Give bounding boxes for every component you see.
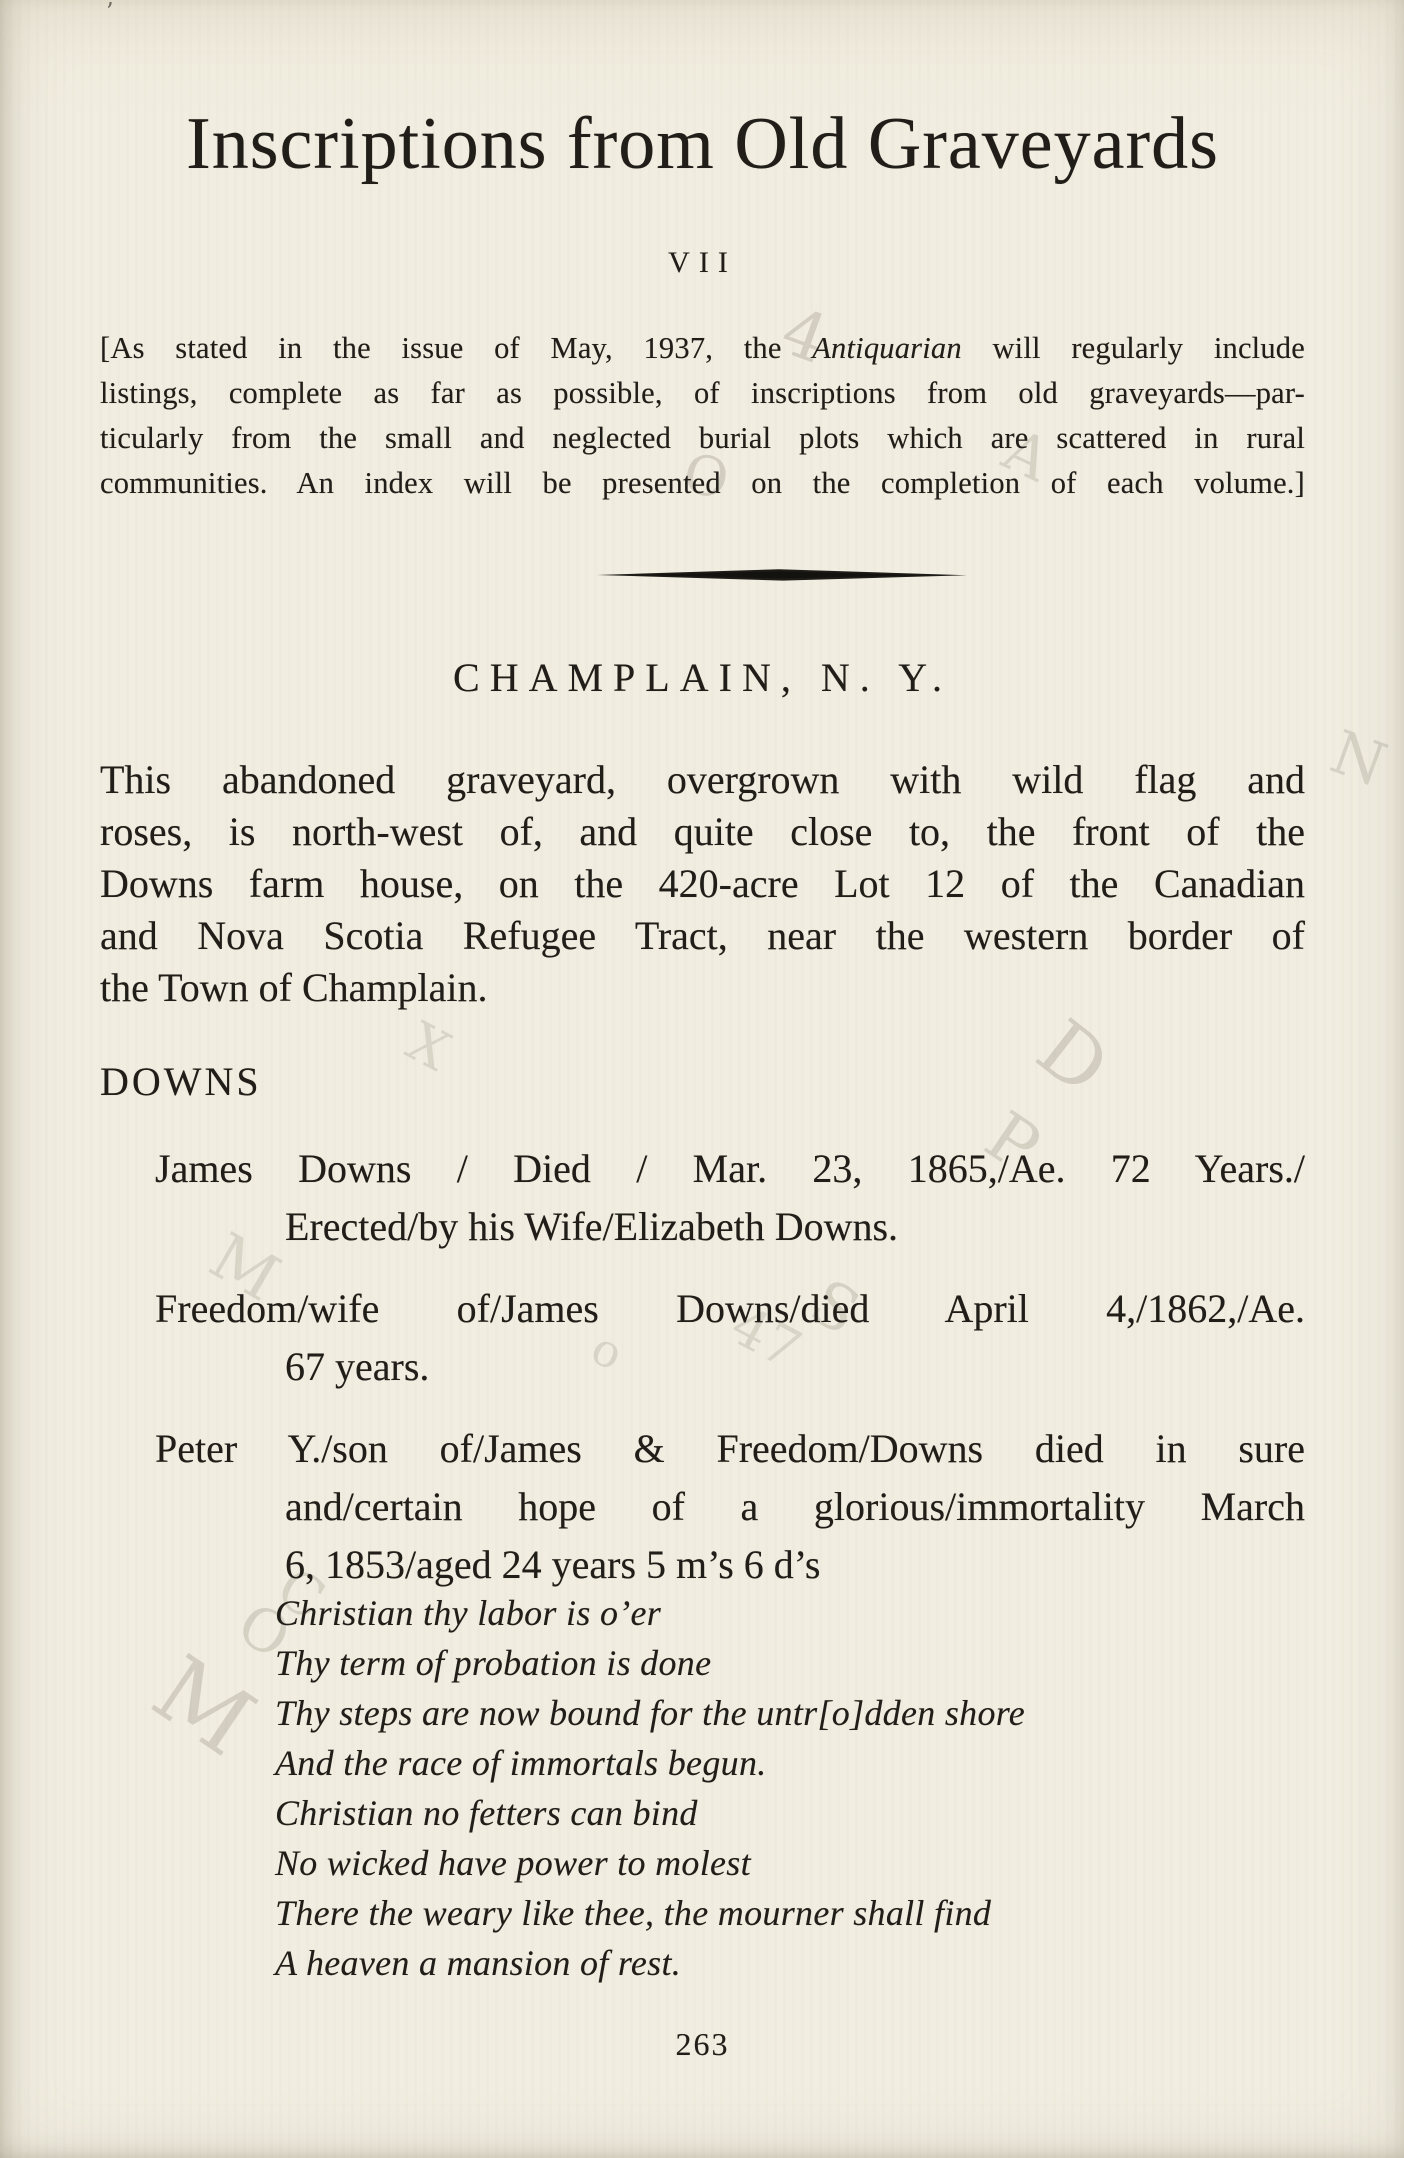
entry-line: Peter Y./son of/James & Freedom/Downs di… <box>100 1420 1305 1478</box>
editorial-note-line: communities. An index will be presented … <box>100 461 1305 506</box>
page-scan: ’4AONXDPMS47oCOM Inscriptions from Old G… <box>0 0 1404 2158</box>
editorial-note-line: listings, complete as far as possible, o… <box>100 371 1305 416</box>
section-numeral: VII <box>100 246 1305 280</box>
poem-line: And the race of immortals begun. <box>275 1738 1305 1788</box>
page-title: Inscriptions from Old Graveyards <box>100 102 1305 187</box>
location-heading: CHAMPLAIN, N. Y. <box>100 654 1305 701</box>
description-line: and Nova Scotia Refugee Tract, near the … <box>100 910 1305 962</box>
poem-line: Christian no fetters can bind <box>275 1788 1305 1838</box>
entry-line: and/certain hope of a glorious/immortali… <box>100 1478 1305 1536</box>
poem-line: There the weary like thee, the mourner s… <box>275 1888 1305 1938</box>
inscription-entry: James Downs / Died / Mar. 23, 1865,/Ae. … <box>100 1140 1305 1256</box>
description-line: roses, is north-west of, and quite close… <box>100 806 1305 858</box>
poem-line: A heaven a mansion of rest. <box>275 1938 1305 1988</box>
description-line: Downs farm house, on the 420-acre Lot 12… <box>100 858 1305 910</box>
poem-line: No wicked have power to molest <box>275 1838 1305 1888</box>
inscription-entry: Freedom/wife of/James Downs/died April 4… <box>100 1280 1305 1396</box>
inscription-entry: Peter Y./son of/James & Freedom/Downs di… <box>100 1420 1305 1594</box>
editorial-note-line: ticularly from the small and neglected b… <box>100 416 1305 461</box>
entry-line: James Downs / Died / Mar. 23, 1865,/Ae. … <box>100 1140 1305 1198</box>
epitaph-poem: Christian thy labor is o’er Thy term of … <box>100 1588 1305 1988</box>
editorial-note: [As stated in the issue of May, 1937, th… <box>100 326 1305 506</box>
entry-line: Freedom/wife of/James Downs/died April 4… <box>100 1280 1305 1338</box>
emphasis-antiquarian: Antiquarian <box>812 331 962 365</box>
poem-line: Christian thy labor is o’er <box>275 1588 1305 1638</box>
note-text: [As stated in the issue of May, 1937, th… <box>100 331 812 365</box>
poem-line: Thy steps are now bound for the untr[o]d… <box>275 1688 1305 1738</box>
entry-line: Erected/by his Wife/Elizabeth Downs. <box>100 1198 1305 1256</box>
editorial-note-line: [As stated in the issue of May, 1937, th… <box>100 326 1305 371</box>
description-line: This abandoned graveyard, overgrown with… <box>100 754 1305 806</box>
entry-line: 67 years. <box>100 1338 1305 1396</box>
watermark-glyph: ’ <box>106 0 114 24</box>
poem-line: Thy term of probation is done <box>275 1638 1305 1688</box>
note-text: will regularly include <box>962 331 1305 365</box>
page-number: 263 <box>100 2026 1305 2063</box>
surname-heading: DOWNS <box>100 1060 1305 1104</box>
graveyard-description: This abandoned graveyard, overgrown with… <box>100 754 1305 1014</box>
description-line: the Town of Champlain. <box>100 962 1305 1014</box>
entry-line: 6, 1853/aged 24 years 5 m’s 6 d’s <box>100 1536 1305 1594</box>
watermark-glyph: N <box>1323 722 1393 796</box>
swelled-rule-divider <box>597 568 967 582</box>
